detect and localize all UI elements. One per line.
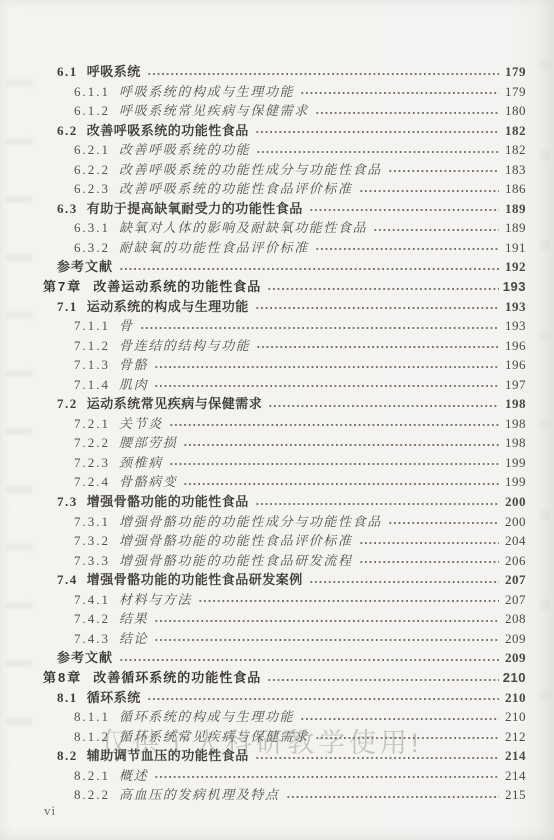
toc-entry: 7.3.3 增强骨骼功能的功能性食品研发流程 206 xyxy=(74,550,526,570)
toc-entry-page: 189 xyxy=(502,201,526,217)
toc-entry: 6.1 呼吸系统 179 xyxy=(57,61,526,81)
toc-entry-title: 改善循环系统的功能性食品 xyxy=(93,667,261,686)
toc-entry: 参考文献 209 xyxy=(57,647,526,667)
toc-entry-page: 183 xyxy=(502,162,526,178)
toc-entry-title: 运动系统常见疾病与保健需求 xyxy=(87,393,263,412)
dot-leader xyxy=(255,745,499,765)
toc-entry-page: 198 xyxy=(502,416,526,432)
toc-entry-number: 第8章 xyxy=(43,667,82,686)
toc-entry: 6.1.1 呼吸系统的构成与生理功能 179 xyxy=(74,81,526,101)
dot-leader xyxy=(147,61,499,81)
dot-leader xyxy=(198,589,499,609)
toc-entry-number: 7.1.4 xyxy=(74,377,110,393)
toc-entry-number: 7.3.2 xyxy=(74,533,110,549)
toc-entry-title: 腰部劳损 xyxy=(119,432,177,451)
toc-entry-number: 7.2.3 xyxy=(74,455,110,471)
toc-entry-page: 200 xyxy=(502,494,526,510)
toc-entry-title: 有助于提高缺氧耐受力的功能性食品 xyxy=(87,198,303,217)
toc-entry: 7.3 增强骨骼功能的功能性食品 200 xyxy=(57,491,526,511)
toc-entry-page: 215 xyxy=(502,787,526,803)
toc-entry-number: 第7章 xyxy=(43,276,82,295)
toc-entry-title: 呼吸系统常见疾病与保健需求 xyxy=(119,100,309,119)
toc-entry: 6.2.1 改善呼吸系统的功能 182 xyxy=(74,139,526,159)
toc-entry: 8.1.2 循环系统常见疾病与保健需求 212 xyxy=(74,726,526,746)
toc-entry: 第8章 改善循环系统的功能性食品 210 xyxy=(43,667,526,687)
toc-entry: 7.1.1 骨 193 xyxy=(74,315,526,335)
toc-entry-page: 186 xyxy=(502,181,526,197)
toc-entry-title: 缺氧对人体的影响及耐缺氧功能性食品 xyxy=(119,217,367,236)
toc-entry-number: 7.2 xyxy=(57,396,78,412)
toc-entry-page: 206 xyxy=(502,553,526,569)
toc-entry: 7.2.2 腰部劳损 198 xyxy=(74,432,526,452)
toc-entry-title: 颈椎病 xyxy=(119,452,163,471)
scanned-toc-page: 6.1 呼吸系统 179 6.1.1 呼吸系统的构成与生理功能 179 6.1.… xyxy=(0,0,554,840)
dot-leader xyxy=(373,217,499,237)
toc-entry-title: 循环系统常见疾病与保健需求 xyxy=(119,726,309,745)
toc-entry-number: 7.4.1 xyxy=(74,592,110,608)
dot-leader xyxy=(256,139,499,159)
toc-entry-number: 8.1.2 xyxy=(74,729,110,745)
toc-entry-page: 199 xyxy=(502,455,526,471)
toc-entry-title: 关节炎 xyxy=(119,413,163,432)
dot-leader xyxy=(147,687,499,707)
toc-entry: 7.3.2 增强骨骼功能的功能性食品评价标准 204 xyxy=(74,530,526,550)
dot-leader xyxy=(315,726,499,746)
toc-entry-page: 198 xyxy=(502,435,526,451)
toc-entry: 6.3.1 缺氧对人体的影响及耐缺氧功能性食品 189 xyxy=(74,217,526,237)
toc-entry-number: 6.3.2 xyxy=(74,240,110,256)
toc-entry-page: 182 xyxy=(502,142,526,158)
dot-leader xyxy=(300,81,499,101)
toc-entry: 8.2 辅助调节血压的功能性食品 214 xyxy=(57,745,526,765)
dot-leader xyxy=(255,491,499,511)
toc-entry-title: 循环系统 xyxy=(87,687,141,706)
toc-entry-number: 6.2.3 xyxy=(74,181,110,197)
toc-entry-page: 180 xyxy=(502,103,526,119)
toc-entry-page: 207 xyxy=(502,572,526,588)
toc-entry: 6.2.3 改善呼吸系统的功能性食品评价标准 186 xyxy=(74,178,526,198)
toc-entry-number: 7.2.4 xyxy=(74,474,110,490)
toc-entry-number: 8.2.2 xyxy=(74,787,110,803)
toc-entry-page: 200 xyxy=(502,514,526,530)
toc-entry-number: 8.2 xyxy=(57,748,78,764)
scan-edge-artifact xyxy=(540,60,550,760)
toc-entry-page: 210 xyxy=(502,709,526,725)
page-number-footer: vi xyxy=(44,803,56,819)
dot-leader xyxy=(119,256,499,276)
dot-leader xyxy=(267,276,499,296)
toc-entry-number: 7.3 xyxy=(57,494,78,510)
toc-entry: 参考文献 192 xyxy=(57,256,526,276)
toc-entry: 6.3 有助于提高缺氧耐受力的功能性食品 189 xyxy=(57,198,526,218)
toc-entry-page: 196 xyxy=(502,357,526,373)
toc-entry-number: 7.1.1 xyxy=(74,318,110,334)
toc-entry-page: 179 xyxy=(502,84,526,100)
toc-entry-number: 7.4.2 xyxy=(74,611,110,627)
toc-entry-title: 增强骨骼功能的功能性食品评价标准 xyxy=(119,530,353,549)
toc-entry: 7.3.1 增强骨骼功能的功能性成分与功能性食品 200 xyxy=(74,511,526,531)
toc-entry: 7.4.1 材料与方法 207 xyxy=(74,589,526,609)
toc-entry-page: 182 xyxy=(502,123,526,139)
toc-entry-title: 肌肉 xyxy=(119,374,148,393)
toc-entry: 7.1.4 肌肉 197 xyxy=(74,374,526,394)
toc-entry-title: 高血压的发病机理及特点 xyxy=(119,784,280,803)
dot-leader xyxy=(388,511,499,531)
dot-leader xyxy=(268,393,499,413)
dot-leader xyxy=(183,471,499,491)
toc-entry-number: 7.1.2 xyxy=(74,338,110,354)
toc-entry: 7.1 运动系统的构成与生理功能 193 xyxy=(57,296,526,316)
toc-entry: 7.4 增强骨骼功能的功能性食品研发案例 207 xyxy=(57,569,526,589)
toc-entry-number: 8.2.1 xyxy=(74,768,110,784)
toc-entry-title: 概述 xyxy=(119,765,148,784)
toc-entry-title: 结果 xyxy=(119,608,148,627)
toc-entry-title: 参考文献 xyxy=(57,647,113,666)
toc-entry-number: 8.1.1 xyxy=(74,709,110,725)
toc-entry-page: 209 xyxy=(502,631,526,647)
dot-leader xyxy=(154,628,499,648)
scan-bleedthrough-artifact xyxy=(6,80,32,740)
toc-entry-title: 循环系统的构成与生理功能 xyxy=(119,706,294,725)
toc-entry: 6.3.2 耐缺氧的功能性食品评价标准 191 xyxy=(74,237,526,257)
toc-entry-page: 199 xyxy=(502,474,526,490)
toc-entry-number: 6.1.1 xyxy=(74,84,110,100)
dot-leader xyxy=(315,237,499,257)
dot-leader xyxy=(388,159,499,179)
toc-entry-page: 198 xyxy=(502,396,526,412)
toc-entry-page: 193 xyxy=(502,318,526,334)
toc-entry-page: 204 xyxy=(502,533,526,549)
toc-entry: 第7章 改善运动系统的功能性食品 193 xyxy=(43,276,526,296)
toc-entry-page: 193 xyxy=(502,299,526,315)
toc-entry-title: 耐缺氧的功能性食品评价标准 xyxy=(119,237,309,256)
dot-leader xyxy=(119,647,499,667)
toc-entry-page: 179 xyxy=(502,64,526,80)
toc-entry-page: 193 xyxy=(502,279,526,294)
toc-list: 6.1 呼吸系统 179 6.1.1 呼吸系统的构成与生理功能 179 6.1.… xyxy=(43,61,526,804)
toc-entry-number: 6.2.1 xyxy=(74,142,110,158)
toc-entry: 7.2.3 颈椎病 199 xyxy=(74,452,526,472)
toc-entry-title: 改善呼吸系统的功能性食品 xyxy=(87,120,249,139)
dot-leader xyxy=(267,667,499,687)
dot-leader xyxy=(154,608,499,628)
toc-entry-title: 骨骼病变 xyxy=(119,471,177,490)
toc-entry: 6.2 改善呼吸系统的功能性食品 182 xyxy=(57,120,526,140)
dot-leader xyxy=(256,335,499,355)
toc-entry-page: 196 xyxy=(502,338,526,354)
toc-entry-number: 7.4.3 xyxy=(74,631,110,647)
toc-entry-number: 6.1 xyxy=(57,64,78,80)
toc-entry-title: 改善呼吸系统的功能性食品评价标准 xyxy=(119,178,353,197)
toc-entry-page: 207 xyxy=(502,592,526,608)
toc-entry-title: 改善呼吸系统的功能性成分与功能性食品 xyxy=(119,159,382,178)
toc-entry-number: 7.2.2 xyxy=(74,435,110,451)
toc-entry-number: 6.3 xyxy=(57,201,78,217)
toc-entry-title: 骨骼 xyxy=(119,354,148,373)
toc-entry-title: 辅助调节血压的功能性食品 xyxy=(87,745,249,764)
dot-leader xyxy=(169,452,499,472)
dot-leader xyxy=(315,100,499,120)
toc-entry-title: 增强骨骼功能的功能性成分与功能性食品 xyxy=(119,511,382,530)
toc-entry: 7.2.1 关节炎 198 xyxy=(74,413,526,433)
toc-entry: 8.2.2 高血压的发病机理及特点 215 xyxy=(74,784,526,804)
toc-entry-number: 6.1.2 xyxy=(74,103,110,119)
dot-leader xyxy=(255,296,499,316)
toc-entry-number: 6.2.2 xyxy=(74,162,110,178)
dot-leader xyxy=(309,569,499,589)
dot-leader xyxy=(154,374,499,394)
dot-leader xyxy=(154,765,499,785)
toc-entry-page: 197 xyxy=(502,377,526,393)
toc-entry-page: 192 xyxy=(502,259,526,275)
toc-entry-number: 7.2.1 xyxy=(74,416,110,432)
toc-entry-number: 7.1.3 xyxy=(74,357,110,373)
toc-entry: 6.2.2 改善呼吸系统的功能性成分与功能性食品 183 xyxy=(74,159,526,179)
toc-entry-title: 参考文献 xyxy=(57,256,113,275)
toc-entry-title: 呼吸系统的构成与生理功能 xyxy=(119,81,294,100)
toc-entry-page: 189 xyxy=(502,220,526,236)
toc-entry-page: 210 xyxy=(502,690,526,706)
toc-entry: 7.4.2 结果 208 xyxy=(74,608,526,628)
toc-entry-title: 改善呼吸系统的功能 xyxy=(119,139,250,158)
toc-entry-number: 7.3.1 xyxy=(74,514,110,530)
toc-entry-page: 191 xyxy=(502,240,526,256)
dot-leader xyxy=(169,413,499,433)
toc-entry: 7.4.3 结论 209 xyxy=(74,628,526,648)
toc-entry-page: 214 xyxy=(502,748,526,764)
dot-leader xyxy=(359,178,499,198)
dot-leader xyxy=(300,706,499,726)
toc-entry: 6.1.2 呼吸系统常见疾病与保健需求 180 xyxy=(74,100,526,120)
toc-entry-number: 6.3.1 xyxy=(74,220,110,236)
dot-leader xyxy=(359,550,499,570)
toc-entry-title: 呼吸系统 xyxy=(87,61,141,80)
toc-entry-number: 8.1 xyxy=(57,690,78,706)
toc-entry-page: 210 xyxy=(502,670,526,685)
toc-entry-page: 214 xyxy=(502,768,526,784)
dot-leader xyxy=(154,354,499,374)
toc-entry-title: 改善运动系统的功能性食品 xyxy=(93,276,261,295)
dot-leader xyxy=(309,198,499,218)
dot-leader xyxy=(255,120,499,140)
toc-entry: 7.1.3 骨骼 196 xyxy=(74,354,526,374)
dot-leader xyxy=(183,432,499,452)
toc-entry-title: 骨连结的结构与功能 xyxy=(119,335,250,354)
dot-leader xyxy=(140,315,499,335)
toc-entry-number: 7.4 xyxy=(57,572,78,588)
toc-entry-page: 212 xyxy=(502,729,526,745)
toc-entry: 7.2.4 骨骼病变 199 xyxy=(74,471,526,491)
toc-entry-title: 增强骨骼功能的功能性食品 xyxy=(87,491,249,510)
dot-leader xyxy=(286,784,499,804)
dot-leader xyxy=(359,530,499,550)
toc-entry-page: 208 xyxy=(502,611,526,627)
toc-entry-title: 骨 xyxy=(119,315,134,334)
toc-entry-title: 增强骨骼功能的功能性食品研发流程 xyxy=(119,550,353,569)
toc-entry: 7.2 运动系统常见疾病与保健需求 198 xyxy=(57,393,526,413)
toc-entry: 8.2.1 概述 214 xyxy=(74,765,526,785)
toc-entry: 8.1.1 循环系统的构成与生理功能 210 xyxy=(74,706,526,726)
toc-entry-title: 增强骨骼功能的功能性食品研发案例 xyxy=(87,569,303,588)
toc-entry: 7.1.2 骨连结的结构与功能 196 xyxy=(74,335,526,355)
toc-entry-number: 7.3.3 xyxy=(74,553,110,569)
toc-entry-title: 材料与方法 xyxy=(119,589,192,608)
toc-entry-number: 7.1 xyxy=(57,299,78,315)
toc-entry-page: 209 xyxy=(502,650,526,666)
toc-entry-title: 结论 xyxy=(119,628,148,647)
toc-entry-number: 6.2 xyxy=(57,123,78,139)
toc-entry-title: 运动系统的构成与生理功能 xyxy=(87,296,249,315)
toc-entry: 8.1 循环系统 210 xyxy=(57,687,526,707)
